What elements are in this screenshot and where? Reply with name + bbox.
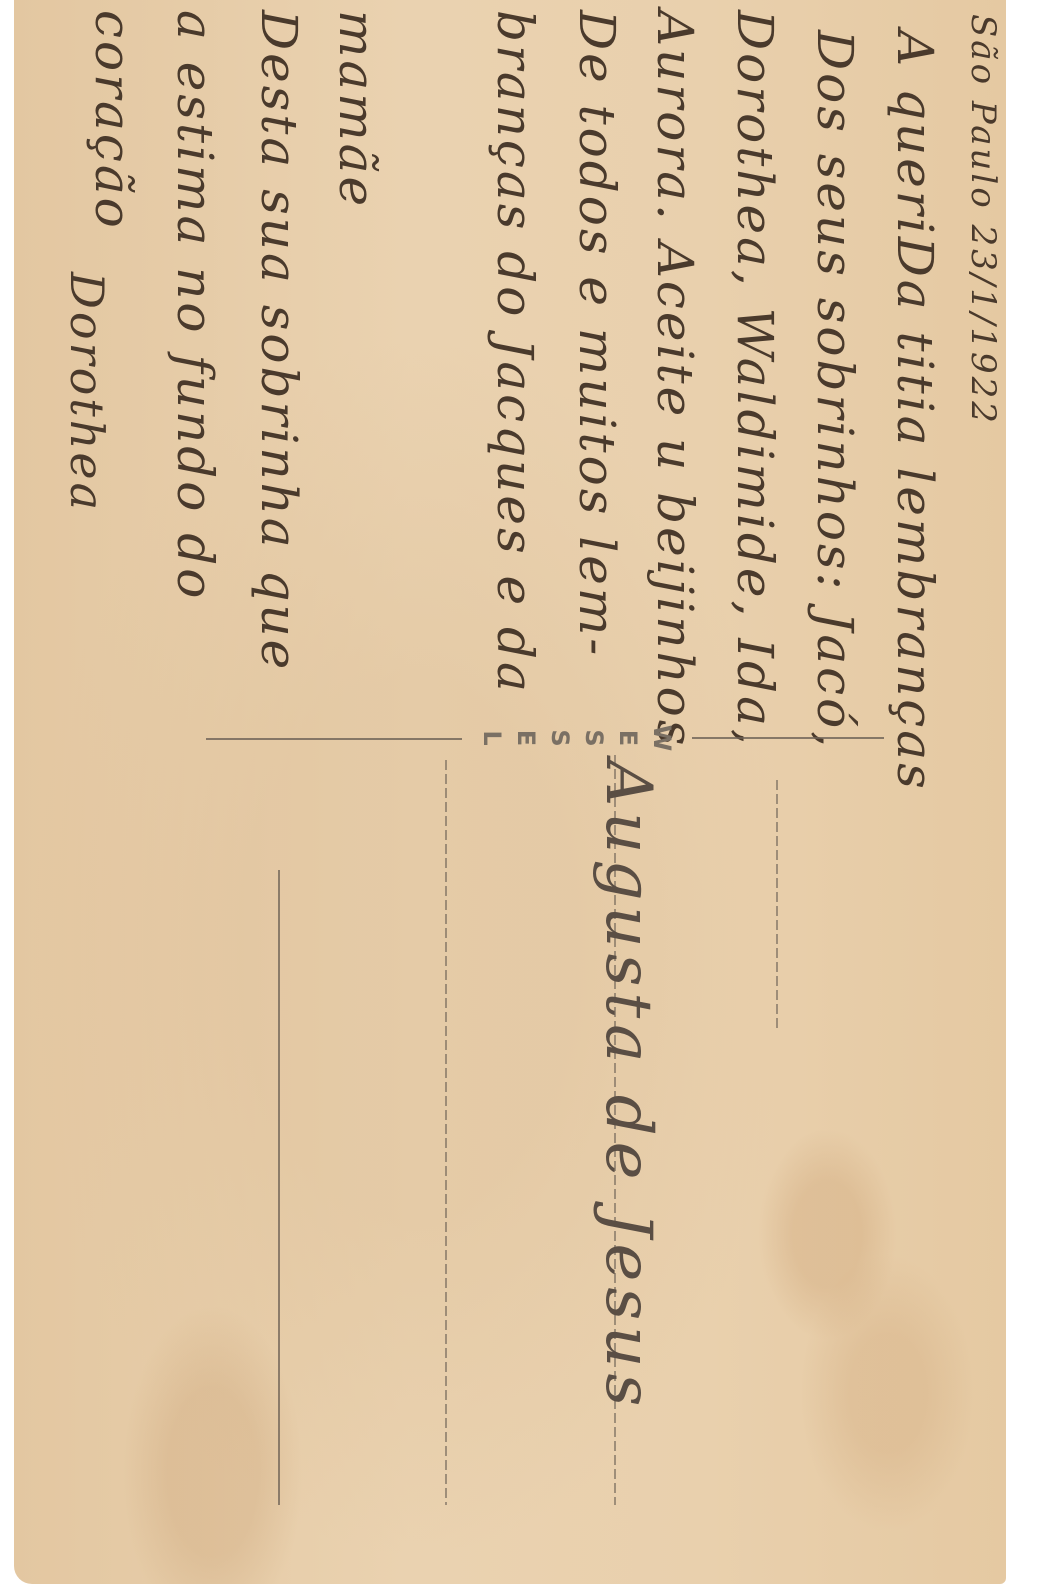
printer-letter: S bbox=[580, 721, 608, 755]
message-line-7: mamãe bbox=[332, 10, 382, 209]
signature: Dorothea bbox=[64, 272, 110, 513]
printer-letter: L bbox=[478, 721, 506, 755]
message-line-6: branças do Jacques e da bbox=[490, 10, 540, 695]
message-line-8: Desta sua sobrinha que bbox=[254, 10, 304, 672]
printer-letter: E bbox=[512, 721, 540, 755]
message-line-9: a estima no fundo do bbox=[170, 10, 220, 601]
printer-letter: E bbox=[614, 721, 642, 755]
divider-line-left bbox=[206, 738, 462, 740]
message-line-2: Dos seus sobrinhos: Jacó, bbox=[810, 30, 860, 750]
date-line: São Paulo 23/1/1922 bbox=[966, 14, 1000, 426]
printer-letter: W bbox=[648, 721, 676, 755]
address-line-3 bbox=[278, 870, 280, 1505]
printer-mark: L E S S E W bbox=[462, 724, 692, 752]
recipient-name: Augusta de Jesus bbox=[596, 760, 660, 1412]
message-line-5: De todos e muitos lem- bbox=[572, 10, 622, 658]
printer-letter: S bbox=[546, 721, 574, 755]
message-line-1: A queriDa titia lembranças bbox=[890, 30, 940, 792]
address-line-2 bbox=[445, 760, 447, 1505]
message-line-10: coração bbox=[88, 10, 138, 231]
message-line-4: Aurora. Aceite u beijinhos bbox=[650, 10, 700, 748]
message-line-3: Dorothea, Waldimide, Ida, bbox=[730, 10, 780, 748]
divider-line-right bbox=[692, 737, 884, 739]
stamp-box-line bbox=[776, 780, 778, 1030]
